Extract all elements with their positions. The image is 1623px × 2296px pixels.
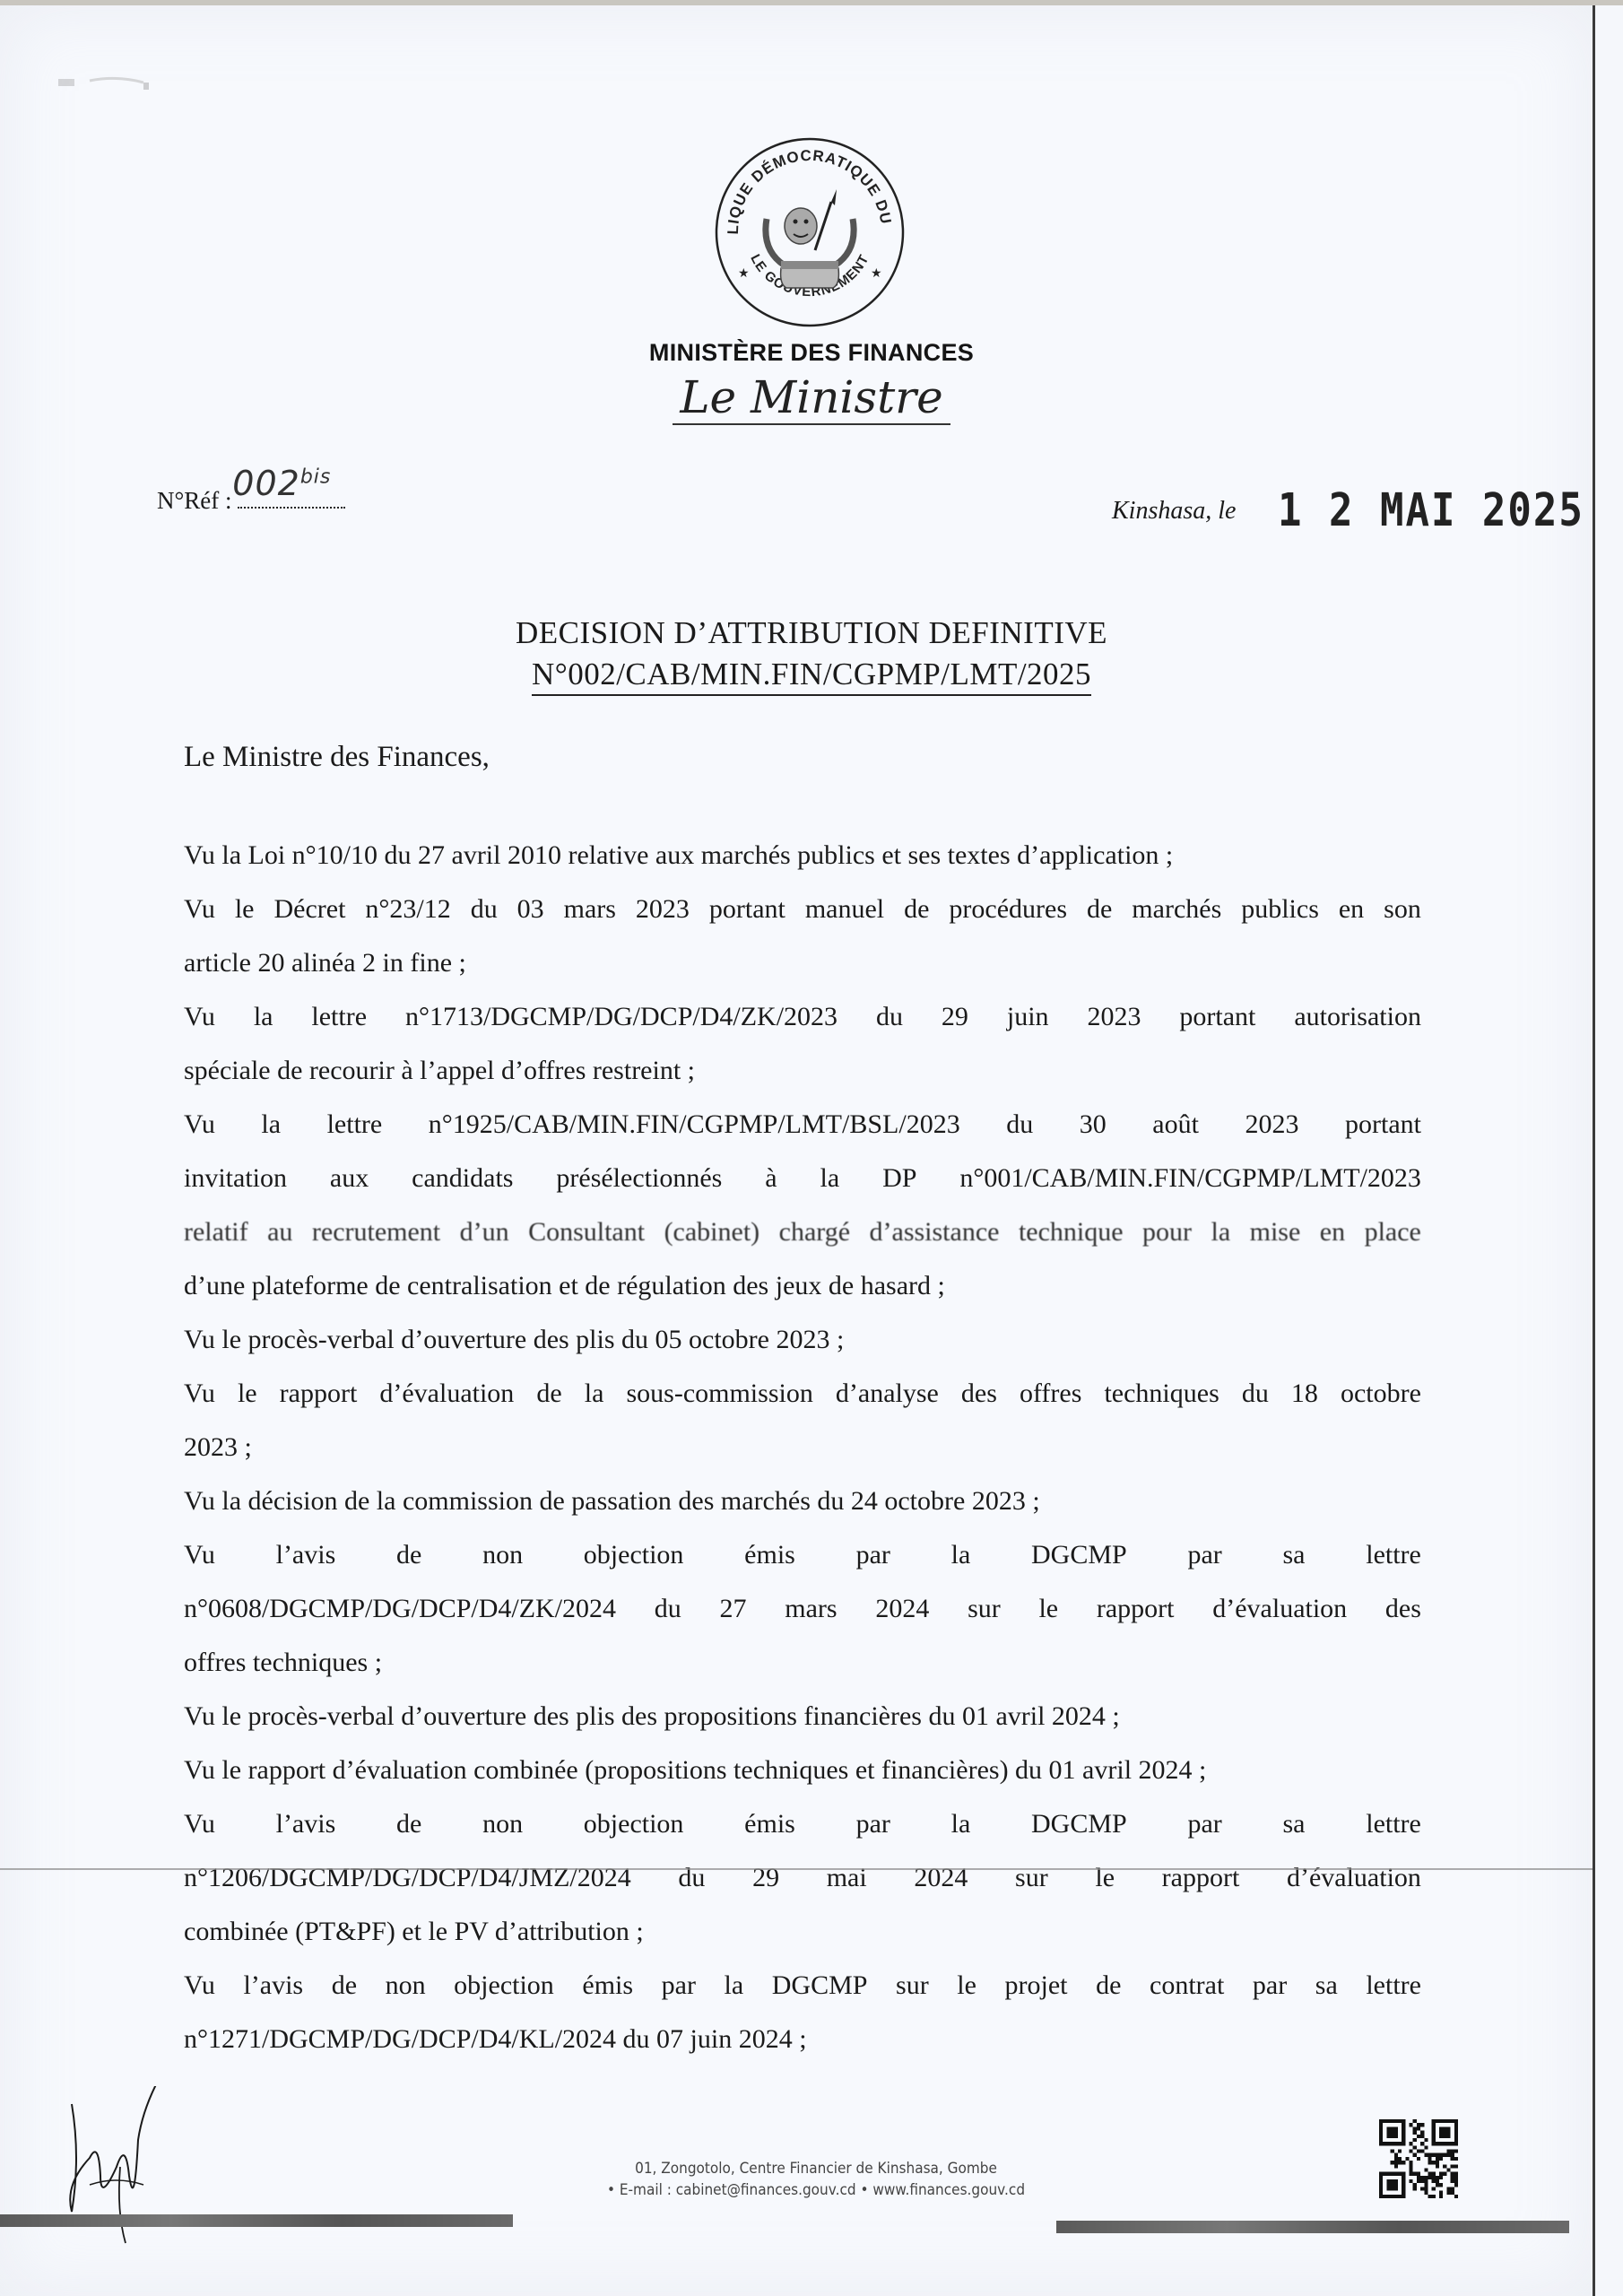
- reference-label: N°Réf :: [157, 487, 232, 514]
- office-title: Le Ministre: [0, 371, 1623, 423]
- recital-line: Vu le procès-verbal d’ouverture des plis…: [184, 1313, 1421, 1367]
- footer-bar-right: [1056, 2221, 1569, 2233]
- document-page: RÉPUBLIQUE DÉMOCRATIQUE DU CONGO LE GOUV…: [0, 5, 1595, 2296]
- ministry-name: MINISTÈRE DES FINANCES: [0, 339, 1623, 367]
- date-place: Kinshasa, le: [1112, 497, 1236, 526]
- footer-bar-left: [0, 2214, 513, 2227]
- recital-line: d’une plateforme de centralisation et de…: [184, 1259, 1421, 1313]
- recital-line: Vul’avisdenonobjectionémisparlaDGCMPpars…: [184, 1797, 1421, 1851]
- recital-line: Vul’avisdenonobjectionémisparlaDGCMPpars…: [184, 1528, 1421, 1582]
- recital-line: Vu la Loi n°10/10 du 27 avril 2010 relat…: [184, 829, 1421, 883]
- qr-code-icon[interactable]: [1379, 2119, 1458, 2198]
- scan-smudge-icon: [54, 68, 170, 95]
- footer-contact: 01, Zongotolo, Centre Financier de Kinsh…: [566, 2158, 1066, 2201]
- recital-line: Vu la décision de la commission de passa…: [184, 1474, 1421, 1528]
- decision-title: DECISION D’ATTRIBUTION DEFINITIVE N°002/…: [0, 615, 1623, 696]
- footer-website[interactable]: www.finances.gouv.cd: [872, 2181, 1025, 2199]
- footer-email[interactable]: E-mail : cabinet@finances.gouv.cd: [620, 2181, 856, 2199]
- recital-line: VuleDécretn°23/12du03mars2023portantmanu…: [184, 883, 1421, 936]
- recital-line: 2023 ;: [184, 1421, 1421, 1474]
- recitals-body: Vu la Loi n°10/10 du 27 avril 2010 relat…: [184, 829, 1421, 2066]
- decision-number: N°002/CAB/MIN.FIN/CGPMP/LMT/2025: [532, 657, 1091, 696]
- reference-dotted-line: 002bis: [238, 487, 345, 509]
- recital-line: n°1271/DGCMP/DG/DCP/D4/KL/2024 du 07 jui…: [184, 2013, 1421, 2066]
- recital-line: Vu le rapport d’évaluation combinée (pro…: [184, 1744, 1421, 1797]
- decision-title-line1: DECISION D’ATTRIBUTION DEFINITIVE: [0, 615, 1623, 651]
- footer-contact-line: • E-mail : cabinet@finances.gouv.cd • ww…: [566, 2179, 1066, 2201]
- reference-handwritten-value: 002bis: [232, 464, 331, 503]
- recital-line: Vul’avisdenonobjectionémisparlaDGCMPsurl…: [184, 1959, 1421, 2013]
- recital-line: relatifaurecrutementd’unConsultant(cabin…: [184, 1205, 1421, 1259]
- salutation: Le Ministre des Finances,: [184, 741, 490, 774]
- recital-line: invitationauxcandidatsprésélectionnésàla…: [184, 1152, 1421, 1205]
- recital-line: spéciale de recourir à l’appel d’offres …: [184, 1044, 1421, 1098]
- recital-line: article 20 alinéa 2 in fine ;: [184, 936, 1421, 990]
- recital-line: Vulalettren°1925/CAB/MIN.FIN/CGPMP/LMT/B…: [184, 1098, 1421, 1152]
- recital-line: n°0608/DGCMP/DG/DCP/D4/ZK/2024du27mars20…: [184, 1582, 1421, 1636]
- svg-text:★: ★: [738, 267, 750, 281]
- recital-line: Vulalettren°1713/DGCMP/DG/DCP/D4/ZK/2023…: [184, 990, 1421, 1044]
- office-title-text: Le Ministre: [673, 371, 950, 425]
- recital-line: combinée (PT&PF) et le PV d’attribution …: [184, 1905, 1421, 1959]
- svg-text:★: ★: [871, 267, 882, 281]
- scan-artifact-line: [0, 1868, 1593, 1870]
- drc-coat-of-arms-seal-icon: RÉPUBLIQUE DÉMOCRATIQUE DU CONGO LE GOUV…: [711, 134, 908, 331]
- recital-line: Vu le procès-verbal d’ouverture des plis…: [184, 1690, 1421, 1744]
- recital-line: Vulerapportd’évaluationdelasous-commissi…: [184, 1367, 1421, 1421]
- date-stamp: 1 2 MAI 2025: [1278, 484, 1584, 537]
- recital-line: n°1206/DGCMP/DG/DCP/D4/JMZ/2024du29mai20…: [184, 1851, 1421, 1905]
- recital-line: offres techniques ;: [184, 1636, 1421, 1690]
- reference-field: N°Réf : 002bis: [157, 487, 345, 515]
- footer-address: 01, Zongotolo, Centre Financier de Kinsh…: [566, 2158, 1066, 2179]
